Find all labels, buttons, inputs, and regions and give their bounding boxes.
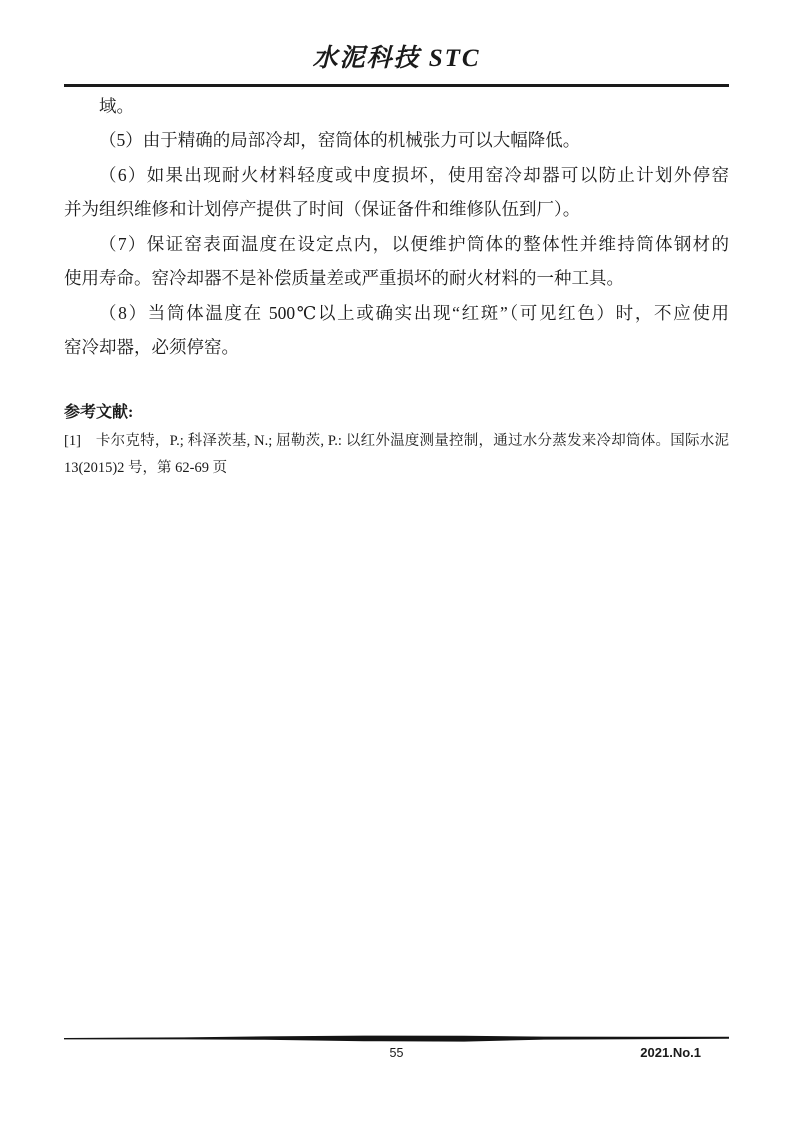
footer-rule — [64, 1035, 729, 1043]
body-paragraph: 域。 — [64, 89, 729, 124]
article-body: 域。 （5）由于精确的局部冷却，窑筒体的机械张力可以大幅降低。 （6）如果出现耐… — [64, 87, 729, 365]
reference-line: 13(2015)2 号，第 62-69 页 — [64, 455, 729, 483]
document-page: 水泥科技 STC 域。 （5）由于精确的局部冷却，窑筒体的机械张力可以大幅降低。… — [0, 0, 793, 1122]
page-footer: 55 2021.No.1 — [64, 1035, 729, 1062]
body-paragraph: （8）当筒体温度在 500℃以上或确实出现“红斑”（可见红色）时，不应使用 窑冷… — [64, 296, 729, 365]
issue-label: 2021.No.1 — [640, 1044, 701, 1062]
text-line: （6）如果出现耐火材料轻度或中度损坏，使用窑冷却器可以防止计划外停窑 — [64, 158, 729, 193]
references-section: 参考文献: [1] 卡尔克特，P.; 科泽茨基, N.; 屈勒茨, P.: 以红… — [64, 402, 729, 483]
page-number: 55 — [64, 1044, 729, 1062]
reference-line: [1] 卡尔克特，P.; 科泽茨基, N.; 屈勒茨, P.: 以红外温度测量控… — [64, 428, 729, 456]
footer-row: 55 2021.No.1 — [64, 1044, 729, 1062]
text-line: 窑冷却器，必须停窑。 — [64, 330, 729, 365]
text-line: （8）当筒体温度在 500℃以上或确实出现“红斑”（可见红色）时，不应使用 — [64, 296, 729, 331]
text-line: 使用寿命。窑冷却器不是补偿质量差或严重损坏的耐火材料的一种工具。 — [64, 261, 729, 296]
text-line: （7）保证窑表面温度在设定点内，以便维护筒体的整体性并维持筒体钢材的 — [64, 227, 729, 262]
page-header: 水泥科技 STC — [64, 0, 729, 87]
text-line: 并为组织维修和计划停产提供了时间（保证备件和维修队伍到厂）。 — [64, 192, 729, 227]
text-line: 域。 — [64, 89, 729, 124]
journal-title: 水泥科技 STC — [64, 0, 729, 74]
body-paragraph: （6）如果出现耐火材料轻度或中度损坏，使用窑冷却器可以防止计划外停窑 并为组织维… — [64, 158, 729, 227]
body-paragraph: （5）由于精确的局部冷却，窑筒体的机械张力可以大幅降低。 — [64, 123, 729, 158]
reference-entry: [1] 卡尔克特，P.; 科泽茨基, N.; 屈勒茨, P.: 以红外温度测量控… — [64, 428, 729, 483]
body-paragraph: （7）保证窑表面温度在设定点内，以便维护筒体的整体性并维持筒体钢材的 使用寿命。… — [64, 227, 729, 296]
text-line: （5）由于精确的局部冷却，窑筒体的机械张力可以大幅降低。 — [64, 123, 729, 158]
references-heading: 参考文献: — [64, 402, 729, 424]
